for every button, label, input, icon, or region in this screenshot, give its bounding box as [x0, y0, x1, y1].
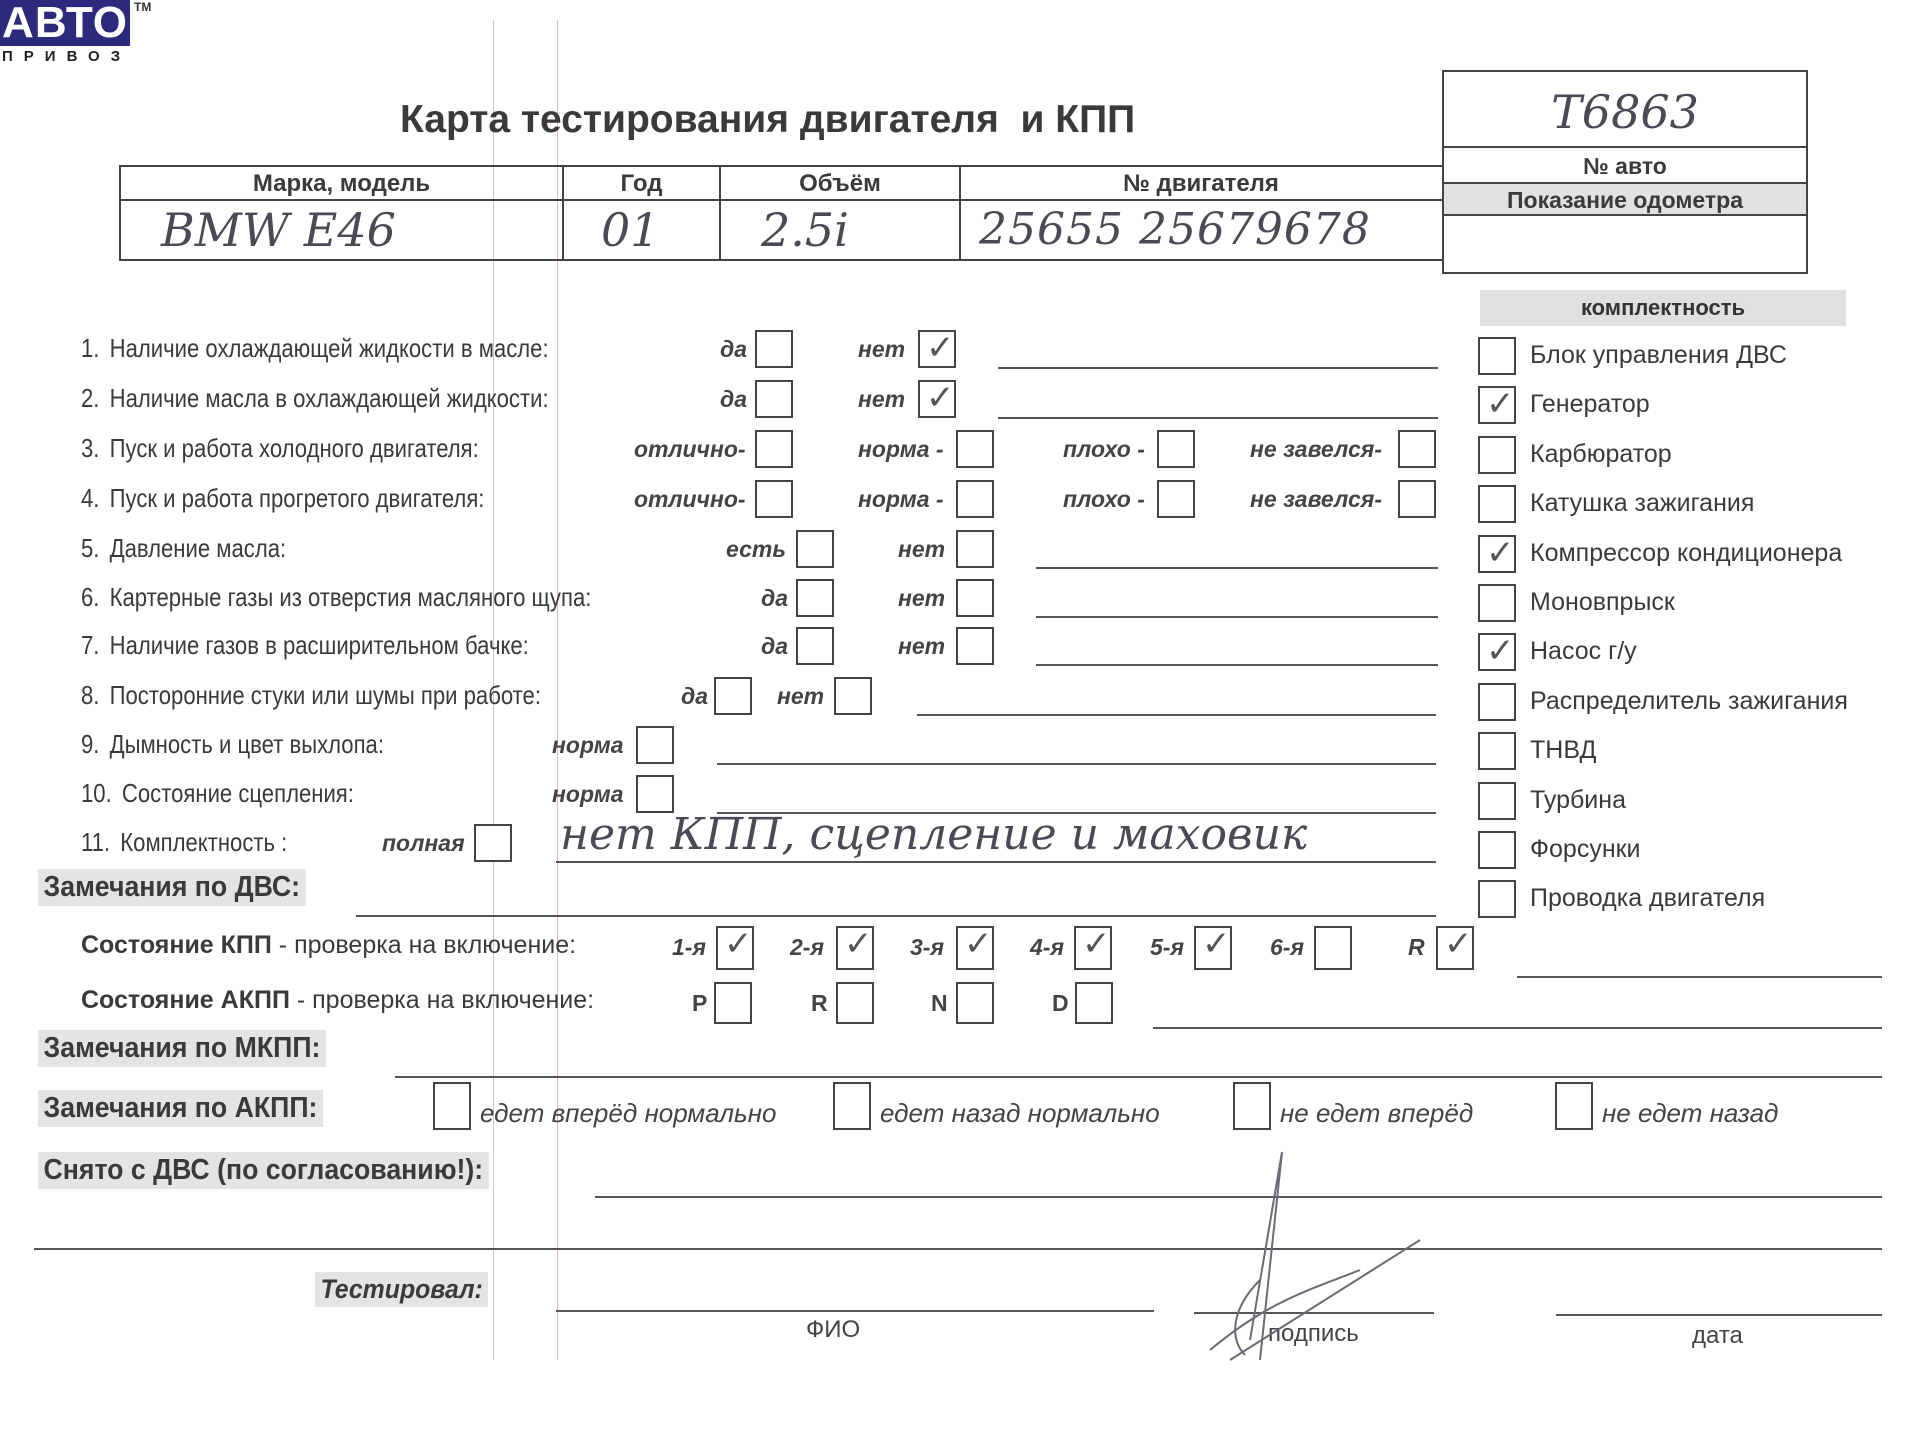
gear-checkbox[interactable] [716, 926, 754, 970]
option-label: нет [777, 683, 824, 710]
option-label: да [720, 336, 747, 363]
option-label: не завелся- [1250, 486, 1382, 513]
option-checkbox[interactable] [636, 775, 674, 813]
question-label: Картерные газы из отверстия масляного щу… [110, 582, 592, 612]
kit-item-label: Катушка зажигания [1530, 489, 1754, 518]
question-number: 8. [81, 680, 99, 710]
answer-line[interactable] [717, 763, 1436, 765]
auto-gearbox-line[interactable] [1153, 1027, 1882, 1029]
gear-label: 6-я [1270, 934, 1304, 961]
question-label: Наличие газов в расширительном бачке: [110, 630, 529, 660]
kit-item-label: Моновпрыск [1530, 588, 1675, 617]
option-checkbox[interactable] [796, 579, 834, 617]
kit-checkbox[interactable] [1478, 436, 1516, 474]
kit-checkbox[interactable] [1478, 337, 1516, 375]
kit-item-label: Насос г/у [1530, 637, 1637, 666]
answer-line[interactable] [1036, 567, 1438, 569]
page-title: Карта тестирования двигателя и КПП [400, 98, 1135, 142]
answer-line[interactable] [1036, 616, 1438, 618]
option-label: норма [552, 781, 624, 808]
option-checkbox[interactable] [474, 824, 512, 862]
question-text: 7.Наличие газов в расширительном бачке: [81, 630, 529, 661]
tested-by-label: Тестировал: [315, 1272, 488, 1307]
option-checkbox[interactable] [1398, 430, 1436, 468]
option-checkbox[interactable] [755, 380, 793, 418]
kit-checkbox[interactable] [1478, 732, 1516, 770]
manual-gearbox-line[interactable] [1517, 976, 1882, 978]
gear-checkbox[interactable] [1074, 926, 1112, 970]
kit-item-label: Генератор [1530, 390, 1650, 419]
question-number: 7. [81, 630, 99, 660]
gear-label: 3-я [910, 934, 944, 961]
option-checkbox[interactable] [796, 530, 834, 568]
header-engine-number: № двигателя [961, 167, 1441, 199]
option-checkbox[interactable] [956, 430, 994, 468]
gear-label: 5-я [1150, 934, 1184, 961]
option-label: да [720, 386, 747, 413]
option-label: нет [898, 633, 945, 660]
gear-checkbox[interactable] [1314, 926, 1352, 970]
question-label: Пуск и работа холодного двигателя: [110, 433, 479, 463]
option-checkbox[interactable] [1157, 480, 1195, 518]
position-label: P [692, 990, 707, 1017]
position-checkbox[interactable] [956, 982, 994, 1024]
logo-trademark: TM [134, 0, 151, 14]
option-checkbox[interactable] [1398, 480, 1436, 518]
question-label: Давление масла: [110, 533, 287, 563]
question-label: Дымность и цвет выхлопа: [110, 729, 384, 759]
question-text: 4.Пуск и работа прогретого двигателя: [81, 483, 484, 514]
kit-item-label: ТНВД [1530, 736, 1596, 765]
question-text: 5.Давление масла: [81, 533, 286, 564]
date-line[interactable] [1556, 1314, 1882, 1316]
kit-item-label: Распределитель зажигания [1530, 687, 1848, 716]
option-checkbox[interactable] [956, 530, 994, 568]
remarks-auto-label: Замечания по АКПП: [38, 1090, 323, 1127]
option-checkbox[interactable] [755, 430, 793, 468]
question-number: 5. [81, 533, 99, 563]
header-make-model: Марка, модель [121, 167, 562, 199]
option-label: норма [552, 732, 624, 759]
car-info-box: T6863 № авто Показание одометра [1442, 70, 1808, 274]
auto-gearbox-label: Состояние АКПП - проверка на включение: [81, 986, 594, 1015]
car-number-label: № авто [1444, 146, 1806, 182]
gear-checkbox[interactable] [836, 926, 874, 970]
option-checkbox[interactable] [796, 627, 834, 665]
question-text: 11.Комплектность : [81, 827, 287, 858]
question-label: Наличие охлаждающей жидкости в масле: [110, 333, 549, 363]
option-checkbox[interactable] [956, 579, 994, 617]
option-checkbox[interactable] [834, 677, 872, 715]
kit-checkbox[interactable] [1478, 633, 1516, 671]
logo-subtitle: ПРИВОЗ [2, 48, 131, 65]
engine-number-value[interactable]: 25655 25679678 [979, 201, 1449, 259]
position-label: R [811, 990, 828, 1017]
kit-checkbox[interactable] [1478, 535, 1516, 573]
kit-item-label: Компрессор кондиционера [1530, 539, 1842, 568]
gear-checkbox[interactable] [1436, 926, 1474, 970]
option-checkbox[interactable] [956, 480, 994, 518]
answer-line[interactable] [998, 417, 1438, 419]
removed-line-2[interactable] [34, 1248, 1882, 1250]
question-text: 2.Наличие масла в охлаждающей жидкости: [81, 383, 549, 414]
question-label: Комплектность : [120, 827, 287, 857]
name-line[interactable] [556, 1310, 1154, 1312]
kit-checkbox[interactable] [1478, 683, 1516, 721]
position-checkbox[interactable] [836, 982, 874, 1024]
option-checkbox[interactable] [755, 330, 793, 368]
gear-checkbox[interactable] [956, 926, 994, 970]
option-checkbox[interactable] [755, 480, 793, 518]
option-label: нет [898, 536, 945, 563]
auto-remark-checkbox[interactable] [433, 1082, 471, 1130]
question-number: 6. [81, 582, 99, 612]
question-text: 8.Посторонние стуки или шумы при работе: [81, 680, 541, 711]
option-label: да [761, 585, 788, 612]
year-value[interactable]: 01 [601, 201, 719, 259]
auto-remark-checkbox[interactable] [1233, 1082, 1271, 1130]
gear-checkbox[interactable] [1194, 926, 1232, 970]
kit-checkbox[interactable] [1478, 485, 1516, 523]
option-label: отлично- [634, 436, 746, 463]
question-text: 9.Дымность и цвет выхлопа: [81, 729, 384, 760]
option-label: нет [898, 585, 945, 612]
kit-item-label: Блок управления ДВС [1530, 341, 1787, 370]
question-number: 11. [81, 827, 110, 857]
question-number: 4. [81, 483, 99, 513]
option-label: есть [726, 536, 786, 563]
gear-label: R [1408, 934, 1425, 961]
kit-checkbox[interactable] [1478, 831, 1516, 869]
remarks-manual-label: Замечания по МКПП: [38, 1030, 326, 1067]
date-caption: дата [1692, 1322, 1743, 1350]
kit-checkbox[interactable] [1478, 782, 1516, 820]
position-label: N [931, 990, 948, 1017]
kit-item-label: Турбина [1530, 786, 1626, 815]
option-checkbox[interactable] [918, 330, 956, 368]
vehicle-table: Марка, модель Год Объём № двигателя BMW … [119, 165, 1444, 261]
position-label: D [1052, 990, 1069, 1017]
gear-label: 4-я [1030, 934, 1064, 961]
signature-scribble [1190, 1150, 1450, 1370]
name-caption: ФИО [806, 1316, 860, 1344]
question-number: 2. [81, 383, 99, 413]
option-label: да [761, 633, 788, 660]
option-label: полная [382, 830, 465, 857]
gear-label: 1-я [672, 934, 706, 961]
question-number: 3. [81, 433, 99, 463]
option-label: отлично- [634, 486, 746, 513]
odometer-label: Показание одометра [1444, 182, 1806, 216]
kit-checkbox[interactable] [1478, 880, 1516, 918]
option-label: плохо - [1063, 486, 1145, 513]
option-label: нет [858, 336, 905, 363]
remarks-engine-line[interactable] [356, 915, 1436, 917]
question-label: Состояние сцепления: [122, 778, 354, 808]
kit-item-label: Проводка двигателя [1530, 884, 1765, 913]
kit-checkbox[interactable] [1478, 386, 1516, 424]
question-number: 9. [81, 729, 99, 759]
question-text: 3.Пуск и работа холодного двигателя: [81, 433, 479, 464]
option-checkbox[interactable] [636, 726, 674, 764]
odometer-value[interactable] [1444, 216, 1806, 272]
make-model-value[interactable]: BMW E46 [161, 201, 561, 259]
option-checkbox[interactable] [714, 677, 752, 715]
answer-line[interactable] [998, 367, 1438, 369]
option-label: норма - [858, 436, 944, 463]
question-text: 1.Наличие охлаждающей жидкости в масле: [81, 333, 549, 364]
kit-item-label: Карбюратор [1530, 440, 1672, 469]
position-checkbox[interactable] [1075, 982, 1113, 1024]
position-checkbox[interactable] [714, 982, 752, 1024]
option-checkbox[interactable] [918, 380, 956, 418]
question-label: Посторонние стуки или шумы при работе: [110, 680, 541, 710]
header-year: Год [564, 167, 719, 199]
option-label: нет [858, 386, 905, 413]
auto-remark-label: не едет вперёд [1280, 1098, 1473, 1129]
option-label: норма - [858, 486, 944, 513]
question-label: Пуск и работа прогретого двигателя: [110, 483, 485, 513]
kit-header: комплектность [1480, 290, 1846, 326]
option-checkbox[interactable] [1157, 430, 1195, 468]
option-label: не завелся- [1250, 436, 1382, 463]
header-volume: Объём [721, 167, 959, 199]
auto-remark-label: не едет назад [1602, 1098, 1778, 1129]
completeness-note[interactable]: нет КПП, сцепление и маховик [560, 809, 1307, 860]
auto-remark-checkbox[interactable] [1555, 1082, 1593, 1130]
gear-label: 2-я [790, 934, 824, 961]
remarks-engine-label: Замечания по ДВС: [38, 869, 306, 906]
remarks-manual-line[interactable] [395, 1076, 1882, 1078]
question-number: 10. [81, 778, 112, 808]
car-number-value[interactable]: T6863 [1444, 72, 1806, 146]
logo: АВТО [0, 0, 130, 46]
auto-remark-label: едет вперёд нормально [480, 1098, 776, 1129]
question-label: Наличие масла в охлаждающей жидкости: [110, 383, 549, 413]
volume-value[interactable]: 2.5i [761, 201, 959, 259]
auto-remark-checkbox[interactable] [833, 1082, 871, 1130]
kit-item-label: Форсунки [1530, 835, 1641, 864]
question-text: 10.Состояние сцепления: [81, 778, 354, 809]
answer-line[interactable] [1036, 664, 1438, 666]
answer-line[interactable] [556, 861, 1436, 863]
question-number: 1. [81, 333, 99, 363]
answer-line[interactable] [917, 714, 1436, 716]
kit-checkbox[interactable] [1478, 584, 1516, 622]
removed-label: Снято с ДВС (по согласованию!): [38, 1152, 489, 1189]
manual-gearbox-label: Состояние КПП - проверка на включение: [81, 931, 576, 960]
option-label: плохо - [1063, 436, 1145, 463]
auto-remark-label: едет назад нормально [880, 1098, 1160, 1129]
option-label: да [681, 683, 708, 710]
question-text: 6.Картерные газы из отверстия масляного … [81, 582, 591, 613]
option-checkbox[interactable] [956, 627, 994, 665]
